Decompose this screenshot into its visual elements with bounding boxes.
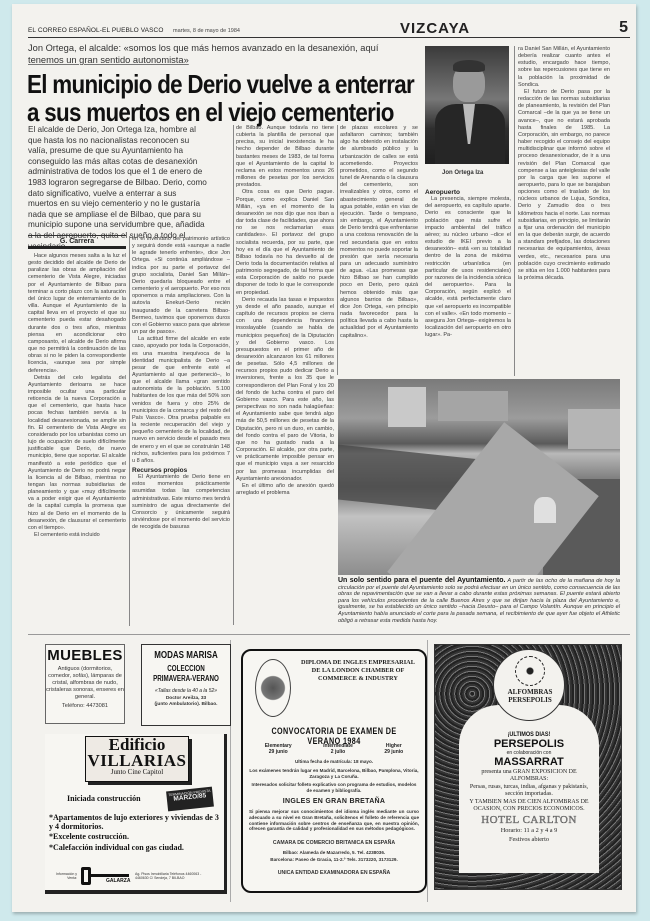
ad-bullet: *Calefacción individual con gas ciudad. (49, 844, 219, 853)
ad-bullet-list: *Apartamentos de lujo exteriores y vivie… (49, 814, 219, 854)
ad-brand-detail: Ag. Pisos Inmobiliaria Teléfonos 4460063… (135, 872, 205, 880)
exam-level: Intermediate2 julio (323, 743, 353, 755)
level-date: 29 junio (384, 749, 403, 755)
section-title: VIZCAYA (400, 20, 600, 37)
paragraph: Otra cosa es que Derio pague. Porque, co… (236, 189, 334, 296)
ad-chamber: CAMARA DE COMERCIO BRITANICA EN ESPAÑA (249, 841, 419, 847)
ad-collection-line-1: COLECCION (152, 664, 221, 674)
level-date: 29 junio (265, 749, 292, 755)
paragraph: Hace algunos meses salta a la luz el ges… (28, 253, 126, 375)
paragraph: El Ayuntamiento de Derio tiene en estos … (132, 474, 230, 531)
kicker-line-2: tenemos un gran sentido autonomista» (28, 55, 189, 65)
ads-column-divider (427, 640, 428, 902)
ad-gb-heading: INGLES EN GRAN BRETAÑA (249, 798, 419, 805)
article-column-6: ra Daniel San Millán, el Ayuntamiento de… (518, 46, 610, 378)
column-divider (233, 125, 234, 625)
ad-alfombras-persepolis: ¡ULTIMOS DIAS! PERSEPOLIS en colaboració… (434, 644, 622, 890)
coat-of-arms-icon (255, 659, 291, 717)
subheading-aeropuerto: Aeropuerto (425, 189, 511, 196)
exam-level: Elementary29 junio (265, 743, 292, 755)
ad-request: Interesados solicitar folleto explicativ… (249, 782, 419, 794)
page-number: 5 (619, 19, 630, 37)
article-column-3: de Bilbao. Aunque todavía no tiene cubie… (236, 125, 334, 625)
paragraph: en el inventario del patrimonio artístic… (132, 236, 230, 336)
ad-title: DIPLOMA DE INGLES EMPRESARIAL DE LA LOND… (298, 659, 418, 684)
paragraph: La actitud firme del alcalde en este cas… (132, 336, 230, 465)
ad-phone: Teléfono: 4473081 (46, 703, 124, 710)
ad-body-2: Persas, rusas, turcas, indias, afganas y… (459, 784, 599, 798)
ad-muebles: MUEBLES Antiguos (dormitorios, comedor, … (45, 644, 125, 724)
ad-body-3: Y TAMBIEN MAS DE CIEN ALFOMBRAS DE OCASI… (459, 799, 599, 813)
ad-construction-started: Iniciada construcción (67, 794, 141, 803)
ad-bilbao-address: Bilbao: Alameda de Mazarredo, 5. Tel. 42… (249, 850, 419, 856)
ad-places: Los exámenes tendrán lugar en Madrid, Ba… (249, 768, 419, 780)
paragraph: de plazas escolares y se asfaltaron cami… (340, 125, 418, 340)
ad-last-days: ¡ULTIMOS DIAS! (470, 731, 589, 738)
article-lead: El alcalde de Derio, Jon Ortega Iza, hom… (28, 125, 208, 252)
article-column-2: en el inventario del patrimonio artístic… (132, 236, 230, 626)
exam-level: Higher29 junio (384, 743, 403, 755)
bridge-photo (338, 379, 620, 575)
ad-hotel: HOTEL CARLTON (459, 814, 599, 826)
key-logo-icon: GALARZA (81, 867, 131, 885)
ad-deadline: Ultima fecha de matrícula: 18 mayo. (249, 759, 419, 765)
ad-title-line-2: VILLARIAS (86, 753, 188, 768)
paragraph: Derio recauda las tasas e impuestos ya d… (236, 297, 334, 483)
medallion-top: ALFOMBRAS (498, 688, 562, 696)
ad-title: MODAS MARISA (151, 650, 221, 661)
paragraph: de Bilbao. Aunque todavía no tiene cubie… (236, 125, 334, 189)
ad-edificio-villarias: Edificio VILLARIAS Junto Cine Capitol In… (45, 734, 227, 894)
ad-modas-marisa: MODAS MARISA COLECCION PRIMAVERA-VERANO … (141, 644, 231, 726)
portrait-caption: Jon Ortega Iza (442, 170, 483, 176)
ad-info-label: Información y Venta: (47, 872, 77, 880)
article-column-1: Hace algunos meses salta a la luz el ges… (28, 253, 126, 625)
exam-levels: Elementary29 junio Intermediate2 julio H… (249, 743, 419, 755)
newspaper-name: EL CORREO ESPAÑOL-EL PUEBLO VASCO (28, 27, 173, 37)
ad-medallion: ALFOMBRAS PERSEPOLIS (493, 649, 565, 721)
byline: G. Carrera (28, 235, 126, 249)
caption-text: A partir de las ocho de la mañana de hoy… (338, 578, 620, 624)
ad-medallion-text: ALFOMBRAS PERSEPOLIS (498, 688, 562, 704)
ad-gb-body: Si piensa mejorar sus conocimientos del … (249, 809, 419, 832)
kicker-line-1: Jon Ortega, el alcalde: «somos los que m… (28, 42, 408, 54)
flower-icon (515, 656, 545, 686)
newspaper-page: EL CORREO ESPAÑOL-EL PUEBLO VASCO martes… (12, 4, 636, 912)
ad-title-box: Edificio VILLARIAS Junto Cine Capitol (85, 736, 189, 782)
ad-collection-line-2: PRIMAVERA-VERANO (152, 674, 221, 684)
ad-body-1: presenta una GRAN EXPOSICION DE ALFOMBRA… (459, 769, 599, 783)
ad-footer: Información y Venta: GALARZA Ag. Pisos I… (47, 865, 222, 887)
ad-barcelona-address: Barcelona: Paseo de Gracia, 11-2.º Tels.… (249, 857, 419, 863)
caption-title: Un solo sentido para el puente del Ayunt… (338, 577, 505, 584)
ad-brand: PERSEPOLIS (459, 738, 599, 750)
photo-building-shape (388, 387, 426, 427)
level-date: 2 julio (323, 749, 353, 755)
ad-bullet: *Apartamentos de lujo exteriores y vivie… (49, 814, 219, 831)
photo-hair-shape (453, 60, 485, 72)
paragraph: La presencia, siempre molesta, del aerop… (425, 196, 511, 339)
ad-sizes: «Tallas desde la 40 a la 52» (142, 688, 230, 694)
article-column-5: Aeropuerto La presencia, siempre molesta… (425, 187, 511, 377)
ad-inner-panel: ¡ULTIMOS DIAS! PERSEPOLIS en colaboració… (459, 705, 599, 873)
paragraph: En el último año de anexión quedó arregl… (236, 483, 334, 497)
paragraph: Detrás del celo legalista del Ayuntamien… (28, 375, 126, 532)
medallion-bottom: PERSEPOLIS (498, 696, 562, 704)
column-divider (514, 46, 515, 376)
portrait-photo-jon-ortega (425, 46, 509, 164)
masthead: EL CORREO ESPAÑOL-EL PUEBLO VASCO martes… (28, 18, 630, 38)
subheading-recursos-propios: Recursos propios (132, 467, 230, 474)
photo-kiosk-shape (534, 497, 556, 523)
ad-london-chamber-diploma: DIPLOMA DE INGLES EMPRESARIAL DE LA LOND… (241, 649, 427, 893)
article-kicker: Jon Ortega, el alcalde: «somos los que m… (28, 42, 408, 66)
bridge-photo-caption: Un solo sentido para el puente del Ayunt… (338, 578, 620, 624)
column-divider (129, 236, 130, 626)
ad-completion-stamp: TERMINACION PREVISTA MARZO/85 (166, 787, 214, 812)
photo-building-shape (438, 391, 508, 421)
ad-body: Antiguos (dormitorios, comedor, sofás), … (46, 666, 124, 701)
paragraph: ra Daniel San Millán, el Ayuntamiento de… (518, 46, 610, 89)
article-headline: El municipio de Derio vuelve a enterrar … (27, 70, 414, 126)
paragraph: El cementerio está incluido (28, 532, 126, 539)
ad-bullet: *Excelente costrucción. (49, 833, 219, 842)
photo-building-shape (568, 409, 620, 449)
ad-address-2: (junto Ambulatorio). Bilbao. (142, 702, 230, 708)
ad-title: MUEBLES (46, 647, 124, 664)
ad-open: Festivos abierto (459, 836, 599, 844)
ad-brand: GALARZA (106, 878, 130, 884)
ad-partner: MASSARRAT (459, 756, 599, 768)
issue-date: martes, 8 de mayo de 1984 (173, 28, 388, 37)
ads-divider (28, 634, 630, 635)
article-column-4: de plazas escolares y se asfaltaron cami… (340, 125, 418, 375)
ad-unique-entity: UNICA ENTIDAD EXAMINADORA EN ESPAÑA (249, 871, 419, 877)
column-divider (337, 125, 338, 375)
paragraph: El futuro de Derio pasa por la redacción… (518, 89, 610, 282)
ad-hours: Horario: 11 a 2 y 4 a 9 (459, 827, 599, 835)
